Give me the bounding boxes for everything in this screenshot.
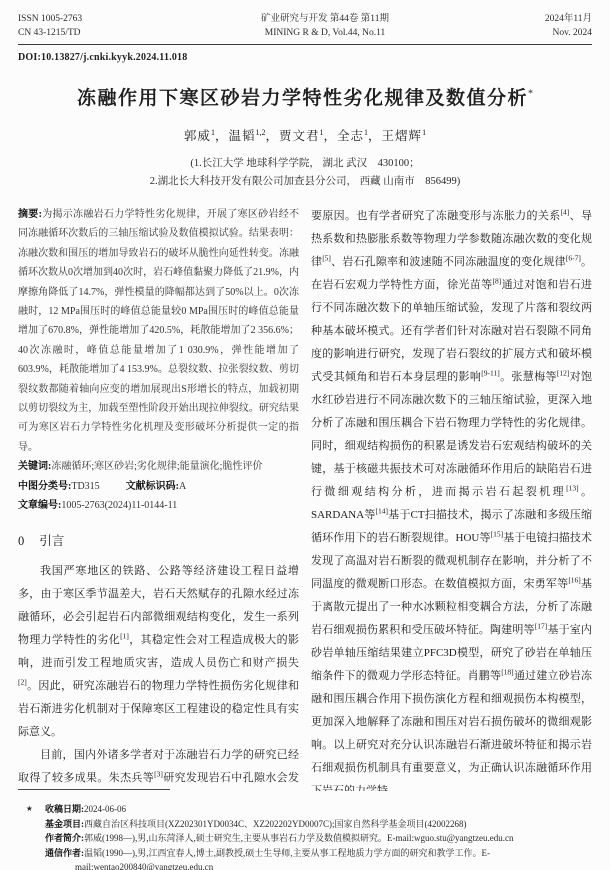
corresponding-author-line: 通信作者:温韬(1990—),男,江西宜春人,博士,副教授,硕士生导师,主要从事… <box>45 846 594 870</box>
body-continuation: 要原因。也有学者研究了冻融变形与冻胀力的关系[4]、导热系数和热膨胀系数等物理力… <box>311 205 592 791</box>
cn-number: CN 43-1215/TD <box>18 26 178 40</box>
journal-header: ISSN 1005-2763 CN 43-1215/TD 矿业研究与开发 第44… <box>0 0 610 44</box>
issn: ISSN 1005-2763 <box>18 12 178 26</box>
footnote-block: ★ 收稿日期:2024-06-06 基金项目:西藏自治区科技项目(XZ20230… <box>0 791 610 870</box>
clc-line: 中图分类号:TD315文献标识码:A <box>18 477 299 496</box>
header-issn-block: ISSN 1005-2763 CN 43-1215/TD <box>18 12 178 40</box>
author-separator: ， <box>324 129 338 143</box>
doc-code-label: 文献标识码: <box>126 481 179 492</box>
author-separator: ， <box>368 129 382 143</box>
keywords-label: 关键词: <box>18 461 51 472</box>
two-column-body: 摘要:为揭示冻融岩石力学特性劣化规律，开展了寒区砂岩经不同冻融循环次数后的三轴压… <box>0 190 610 791</box>
affiliations: (1.长江大学 地球科学学院， 湖北 武汉 430100； 2.湖北长大科技开发… <box>0 155 610 190</box>
corresponding-author-text: 温韬(1990—),男,江西宜春人,博士,副教授,硕士生导师,主要从事工程地质力… <box>75 848 490 870</box>
author-bio-label: 作者简介: <box>45 833 84 843</box>
author: 贾文君1 <box>279 129 324 143</box>
journal-name-cn: 矿业研究与开发 第44卷 第11期 <box>178 12 472 26</box>
page: ISSN 1005-2763 CN 43-1215/TD 矿业研究与开发 第44… <box>0 0 610 870</box>
paper-title: 冻融作用下寒区砂岩力学特性劣化规律及数值分析* <box>0 83 610 110</box>
author: 郭威1 <box>184 129 215 143</box>
received-date-label: 收稿日期: <box>45 804 84 814</box>
author-separator: ， <box>215 129 229 143</box>
article-id-label: 文章编号: <box>18 500 61 511</box>
affiliation-line: 2.湖北长大科技开发有限公司加查县分公司， 西藏 山南市 856499) <box>0 173 610 191</box>
keywords-text: 冻融循环;寒区砂岩;劣化规律;能量演化;脆性评价 <box>51 461 262 472</box>
fund-line: 基金项目:西藏自治区科技项目(XZ202301YD0034C、XZ202202Y… <box>45 817 594 832</box>
footnote-star-icon: ★ <box>26 802 33 817</box>
fund-text: 西藏自治区科技项目(XZ202301YD0034C、XZ202202YD0007… <box>84 819 467 829</box>
doc-code-value: A <box>179 481 186 492</box>
section-title: 引言 <box>39 534 64 548</box>
article-id-line: 文章编号:1005-2763(2024)11-0144-11 <box>18 496 299 515</box>
affiliation-line: (1.长江大学 地球科学学院， 湖北 武汉 430100； <box>0 155 610 173</box>
journal-name-en: MINING R & D, Vol.44, No.11 <box>178 26 472 40</box>
clc-value: TD315 <box>71 481 99 492</box>
header-journal-block: 矿业研究与开发 第44卷 第11期 MINING R & D, Vol.44, … <box>178 12 472 40</box>
author-bio-text: 郭威(1998—),男,山东菏泽人,硕士研究生,主要从事岩石力学及数值模拟研究。… <box>84 833 514 843</box>
received-date-value: 2024-06-06 <box>84 804 126 814</box>
fund-label: 基金项目: <box>45 819 84 829</box>
section-heading-intro: 0引言 <box>18 531 299 549</box>
author-separator: ， <box>265 129 279 143</box>
right-column: 要原因。也有学者研究了冻融变形与冻胀力的关系[4]、导热系数和热膨胀系数等物理力… <box>311 205 592 791</box>
footnote-divider <box>18 789 170 790</box>
issue-date-cn: 2024年11月 <box>472 12 592 26</box>
corresponding-author-label: 通信作者: <box>45 848 84 858</box>
author: 温韬1,2 <box>228 129 265 143</box>
title-footnote-mark: * <box>528 89 533 100</box>
header-date-block: 2024年11月 Nov. 2024 <box>472 12 592 40</box>
left-column: 摘要:为揭示冻融岩石力学特性劣化规律，开展了寒区砂岩经不同冻融循环次数后的三轴压… <box>18 205 299 791</box>
author: 王熠辉1 <box>382 129 427 143</box>
section-number: 0 <box>18 534 24 548</box>
author: 全志1 <box>337 129 368 143</box>
author-line: 郭威1，温韬1,2，贾文君1，全志1，王熠辉1 <box>0 126 610 144</box>
intro-paragraph-1: 我国严寒地区的铁路、公路等经济建设工程日益增多，由于寒区季节温差大，岩石天然赋存… <box>18 560 299 744</box>
received-date-line: 收稿日期:2024-06-06 <box>45 802 594 817</box>
keywords: 关键词:冻融循环;寒区砂岩;劣化规律;能量演化;脆性评价 <box>18 457 299 476</box>
article-id-value: 1005-2763(2024)11-0144-11 <box>61 500 177 511</box>
author-bio-line: 作者简介:郭威(1998—),男,山东菏泽人,硕士研究生,主要从事岩石力学及数值… <box>45 831 594 846</box>
abstract: 摘要:为揭示冻融岩石力学特性劣化规律，开展了寒区砂岩经不同冻融循环次数后的三轴压… <box>18 205 299 457</box>
intro-paragraph-2: 目前，国内外诸多学者对于冻融岩石力学的研究已经取得了较多成果。朱杰兵等[3]研究… <box>18 744 299 792</box>
doi: DOI:10.13827/j.cnki.kyyk.2024.11.018 <box>0 45 610 63</box>
issue-date-en: Nov. 2024 <box>472 26 592 40</box>
abstract-label: 摘要: <box>18 209 42 220</box>
abstract-text: 为揭示冻融岩石力学特性劣化规律，开展了寒区砂岩经不同冻融循环次数后的三轴压缩试验… <box>18 209 299 453</box>
clc-label: 中图分类号: <box>18 481 71 492</box>
